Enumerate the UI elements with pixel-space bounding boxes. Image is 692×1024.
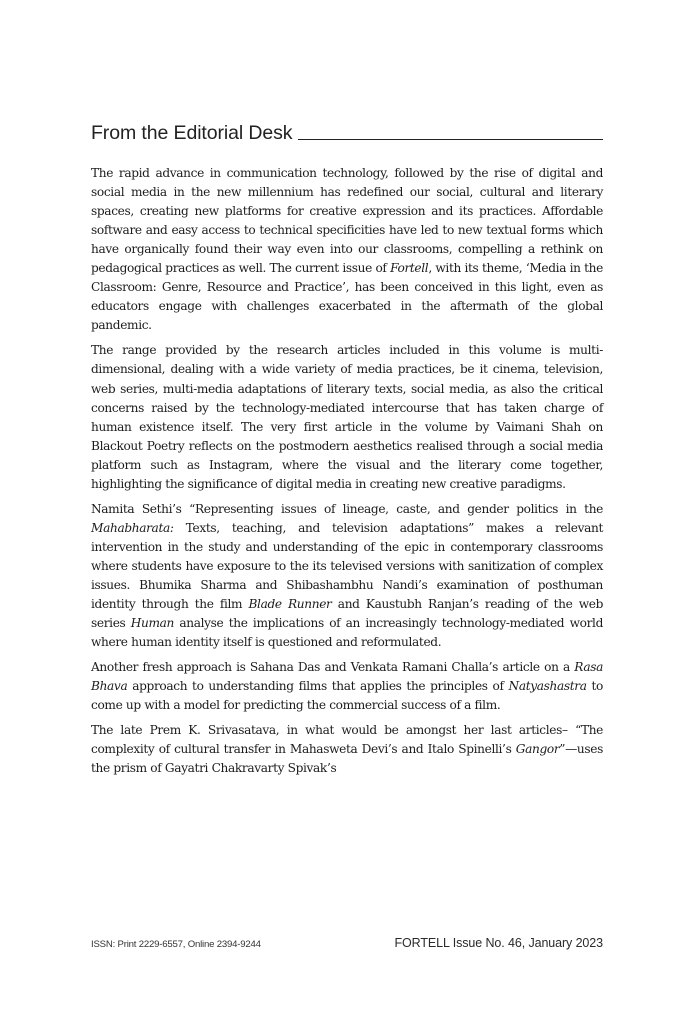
editorial-page: From the Editorial Desk The rapid advanc… bbox=[91, 118, 603, 784]
italic-title-text: Gangor bbox=[516, 742, 560, 756]
italic-title-text: Natyashastra bbox=[509, 679, 587, 693]
italic-title-text: Fortell bbox=[390, 261, 428, 275]
paragraph: Namita Sethi’s “Representing issues of l… bbox=[91, 500, 603, 652]
paragraph: The late Prem K. Srivasatava, in what wo… bbox=[91, 721, 603, 778]
paragraph: The rapid advance in communication techn… bbox=[91, 164, 603, 335]
editorial-body: The rapid advance in communication techn… bbox=[91, 164, 603, 778]
italic-title-text: Blade Runner bbox=[248, 597, 331, 611]
paragraph-text: Another fresh approach is Sahana Das and… bbox=[91, 660, 574, 674]
paragraph: Another fresh approach is Sahana Das and… bbox=[91, 658, 603, 715]
italic-title-text: Human bbox=[131, 616, 174, 630]
paragraph-text: Namita Sethi’s “Representing issues of l… bbox=[91, 502, 603, 516]
paragraph-text: The range provided by the research artic… bbox=[91, 343, 603, 490]
section-title: From the Editorial Desk bbox=[91, 122, 292, 144]
heading-rule-divider bbox=[298, 139, 603, 140]
paragraph: The range provided by the research artic… bbox=[91, 341, 603, 493]
italic-title-text: Mahabharata: bbox=[91, 521, 174, 535]
paragraph-text: approach to understanding films that app… bbox=[127, 679, 508, 693]
paragraph-text: The rapid advance in communication techn… bbox=[91, 166, 603, 275]
issn-label: ISSN: Print 2229-6557, Online 2394-9244 bbox=[91, 939, 261, 950]
section-heading-row: From the Editorial Desk bbox=[91, 118, 603, 144]
page-footer: ISSN: Print 2229-6557, Online 2394-9244 … bbox=[91, 936, 603, 950]
issue-label: FORTELL Issue No. 46, January 2023 bbox=[394, 936, 603, 950]
